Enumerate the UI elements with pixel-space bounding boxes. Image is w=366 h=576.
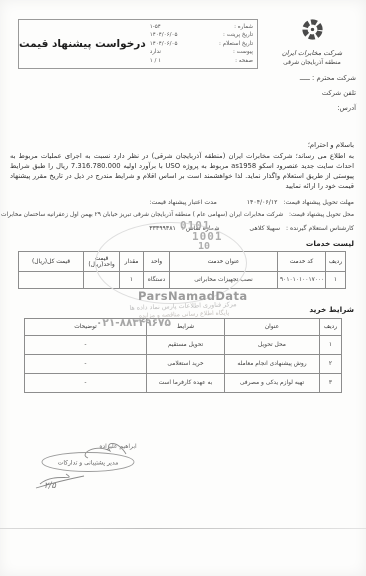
- cell-row-number: ۱: [320, 336, 342, 355]
- col-term-notes: توضیحات: [25, 319, 147, 336]
- cell-row-number: ۳: [320, 374, 342, 393]
- recipient-block: شرکت محترم : ـــــ تلفن شرکت آدرس:: [300, 74, 356, 119]
- field-label: تاریخ پرینت :: [223, 31, 253, 40]
- services-section-title: لیست خدمات: [306, 239, 354, 248]
- cell-term-notes: -: [25, 374, 147, 393]
- delivery-place-row: محل تحویل پیشنهاد قیمت: شرکت مخابرات ایر…: [8, 212, 354, 218]
- cell-row-number: ۲: [320, 355, 342, 374]
- tci-logo-icon: [299, 16, 326, 43]
- col-total-price: قیمت کل(ریال): [19, 252, 84, 272]
- expert-label: کارشناس استعلام گیرنده :: [286, 225, 354, 232]
- recipient-phone-line: تلفن شرکت: [300, 89, 356, 97]
- cell-term-notes: -: [25, 336, 147, 355]
- cell-term-condition: به عهده کارفرما است: [147, 374, 225, 393]
- col-service-code: کد خدمت: [278, 252, 326, 272]
- company-name: شرکت مخابرات ایران: [266, 49, 358, 57]
- recipient-company-line: شرکت محترم : ـــــ: [300, 74, 356, 82]
- cell-term-notes: -: [25, 355, 147, 374]
- header-box: شماره : ۱-۵۴ تاریخ پرینت : ۱۴۰۴/۰۶/۰۵ تا…: [18, 19, 258, 69]
- cell-unit-price: [84, 272, 120, 289]
- watermark-brand: ParsNamadData: [138, 289, 248, 303]
- table-row: ۱ ۹۰۱۰۱۰۱۰۰۱۷۰۰۰ نصب تجهیزات مخابراتی دس…: [19, 272, 346, 289]
- page-title: درخواست پیشنهاد قیمت: [19, 38, 146, 50]
- expert-row: کارشناس استعلام گیرنده : سهیلا کلاهی شما…: [8, 225, 354, 232]
- col-row-number: ردیف: [326, 252, 346, 272]
- col-quantity: مقدار: [120, 252, 144, 272]
- cell-term-condition: خرید استعلامی: [147, 355, 225, 374]
- terms-header-row: ردیف عنوان شرایط توضیحات: [25, 319, 342, 336]
- field-label: شماره :: [234, 23, 253, 32]
- header-field-inquiry-date: تاریخ استعلام : ۱۴۰۴/۰۶/۰۵: [150, 40, 253, 49]
- header-field-attachment: پیوست : ندارد: [150, 48, 253, 57]
- col-unit: واحد: [144, 252, 170, 272]
- cell-quantity: ۱: [120, 272, 144, 289]
- col-row-number: ردیف: [320, 319, 342, 336]
- cell-term-condition: تحویل مستقیم: [147, 336, 225, 355]
- field-label: تاریخ استعلام :: [219, 40, 253, 49]
- region-name: منطقه آذربایجان شرقی: [266, 60, 358, 66]
- header-fields: شماره : ۱-۵۴ تاریخ پرینت : ۱۴۰۴/۰۶/۰۵ تا…: [146, 20, 257, 68]
- bottom-divider-line: [0, 528, 366, 529]
- cell-term-title: محل تحویل: [225, 336, 320, 355]
- expert-value: سهیلا کلاهی: [249, 225, 280, 232]
- col-term-condition: شرایط: [147, 319, 225, 336]
- header-field-number: شماره : ۱-۵۴: [150, 23, 253, 32]
- field-value: ۱-۵۴: [150, 23, 161, 32]
- body-paragraph: به اطلاع می رساند؛ شرکت مخابرات ایران (م…: [10, 151, 354, 191]
- col-term-title: عنوان: [225, 319, 320, 336]
- field-value: ۱ / ۱: [150, 57, 161, 66]
- company-logo-block: شرکت مخابرات ایران منطقه آذربایجان شرقی: [266, 16, 358, 66]
- field-label: پیوست :: [233, 48, 253, 57]
- services-header-row: ردیف کد خدمت عنوان خدمت واحد مقدار قیمت …: [19, 252, 346, 272]
- cell-term-title: تهیه لوازم یدکی و مصرفی: [225, 374, 320, 393]
- title-area: درخواست پیشنهاد قیمت: [19, 20, 146, 68]
- header-field-page: صفحه : ۱ / ۱: [150, 57, 253, 66]
- field-label: صفحه :: [235, 57, 253, 66]
- purchase-terms-table: ردیف عنوان شرایط توضیحات ۱ محل تحویل تحو…: [24, 318, 342, 393]
- deadline-label: مهلت تحویل پیشنهاد قیمت:: [283, 199, 354, 206]
- cell-service-code: ۹۰۱۰۱۰۱۰۰۱۷۰۰۰: [278, 272, 326, 289]
- cell-unit: دستگاه: [144, 272, 170, 289]
- deadline-row: مهلت تحویل پیشنهاد قیمت: ۱۴۰۴/۰۶/۱۲ مدت …: [8, 199, 354, 206]
- cell-term-title: روش پیشنهادی انجام معامله: [225, 355, 320, 374]
- col-unit-price: قیمت واحد(ریال): [84, 252, 120, 272]
- signature-block: ابراهیم علیزاده مدیر پشتیبانی و تدارکات …: [26, 438, 160, 496]
- terms-section-title: شرایط خرید: [309, 305, 354, 314]
- field-value: ندارد: [150, 48, 161, 57]
- contact-value: ۳۳۳۹۹۳۸۱: [149, 225, 176, 232]
- salutation: باسلام و احترام؛: [308, 141, 354, 149]
- validity-label: مدت اعتبار پیشنهاد قیمت:: [149, 199, 216, 206]
- cell-total-price: [19, 272, 84, 289]
- header-field-print-date: تاریخ پرینت : ۱۴۰۴/۰۶/۰۵: [150, 31, 253, 40]
- signature-stamp-icon: ابراهیم علیزاده مدیر پشتیبانی و تدارکات …: [26, 438, 160, 496]
- services-table: ردیف کد خدمت عنوان خدمت واحد مقدار قیمت …: [18, 251, 346, 289]
- table-row: ۳ تهیه لوازم یدکی و مصرفی به عهده کارفرم…: [25, 374, 342, 393]
- watermark-text-line1: مرکز فناوری اطلاعات پارس نماد داده ها: [118, 300, 248, 313]
- field-value: ۱۴۰۴/۰۶/۰۵: [150, 31, 178, 40]
- contact-label: شماره تماس :: [182, 225, 220, 232]
- table-row: ۱ محل تحویل تحویل مستقیم -: [25, 336, 342, 355]
- deadline-value: ۱۴۰۴/۰۶/۱۲: [247, 199, 278, 206]
- signature-role: مدیر پشتیبانی و تدارکات: [58, 460, 119, 467]
- col-service-title: عنوان خدمت: [170, 252, 278, 272]
- scanned-document-page: شماره : ۱-۵۴ تاریخ پرینت : ۱۴۰۴/۰۶/۰۵ تا…: [0, 0, 366, 576]
- recipient-address-line: آدرس:: [300, 104, 356, 112]
- signature-note: ۲/۵: [44, 481, 56, 491]
- cell-service-title: نصب تجهیزات مخابراتی: [170, 272, 278, 289]
- delivery-place-value: شرکت مخابرات ایران (سهامی عام ) منطقه آذ…: [0, 212, 283, 218]
- table-row: ۲ روش پیشنهادی انجام معامله خرید استعلام…: [25, 355, 342, 374]
- delivery-place-label: محل تحویل پیشنهاد قیمت:: [289, 212, 354, 218]
- field-value: ۱۴۰۴/۰۶/۰۵: [150, 40, 178, 49]
- cell-row-number: ۱: [326, 272, 346, 289]
